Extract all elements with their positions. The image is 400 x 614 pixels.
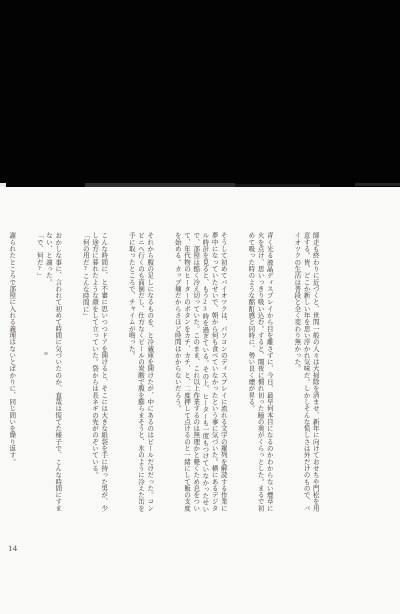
scan-smudge	[235, 184, 320, 187]
vertical-text-block: 師走も終わりに近づくと、世間一般の人々は大掃除を済ませ、新年に向けておせちや門松…	[0, 232, 329, 515]
paragraph: 謝られたところで部屋に入れる義理はないとばかりに、同じ問いを繰り返す。	[7, 232, 16, 515]
scan-speck	[44, 352, 48, 355]
scan-smudge	[355, 183, 400, 186]
scan-smudge	[85, 183, 235, 187]
paragraph: 青く光る液晶ディスプレイから目を離さずに、今日、最早何本目になるのかわからない煙…	[246, 232, 274, 515]
paragraph: そうして初めてバイオツクは、パソコンのディスプレイに流れる文字の羅列を解読する作…	[173, 232, 228, 515]
scan-notch	[0, 183, 6, 187]
paragraph: 師走も終わりに近づくと、世間一般の人々は大掃除を済ませ、新年に向けておせちや門松…	[292, 232, 320, 515]
paragraph: こんな時間に、と不審に思いつつドアを開けると、そこには大きな紙袋を手に持った男が…	[81, 232, 109, 515]
page-number: 14	[8, 543, 18, 553]
paragraph: それから腹の足しになるものを、と冷蔵庫を開けたが、中にあるのはビールだけだった。…	[127, 232, 155, 515]
book-page: 師走も終わりに近づくと、世間一般の人々は大掃除を済ませ、新年に向けておせちや門松…	[0, 0, 400, 614]
blacked-out-illustration-block	[0, 0, 400, 187]
paragraph: おかしな事に、言われて初めて時間に気づいたのか、直哉は慌てた様子で、こんな時間に…	[35, 232, 63, 515]
